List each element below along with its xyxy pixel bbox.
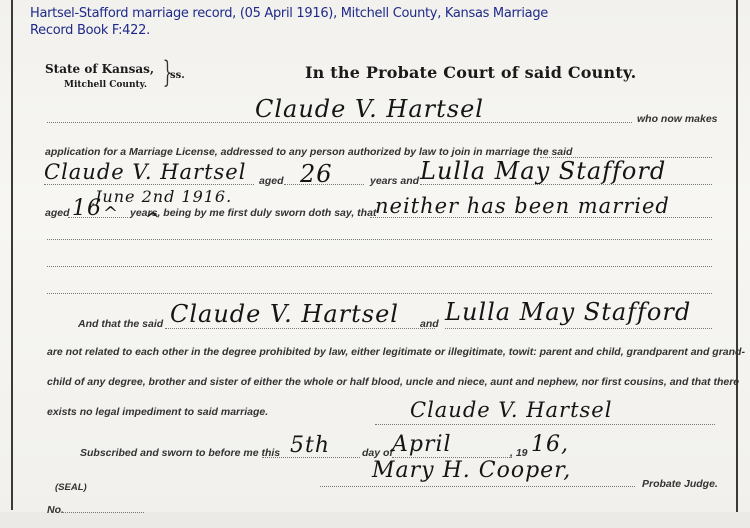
who-now-makes-label: who now makes	[637, 113, 718, 125]
number-line	[62, 512, 144, 513]
page-border-left	[11, 0, 13, 510]
day-line	[262, 457, 360, 458]
legal-text-line-2: child of any degree, brother and sister …	[47, 376, 739, 388]
caret-mark-1: ^	[103, 203, 119, 224]
groom-name-handwritten: Claude V. Hartsel	[44, 160, 246, 184]
caret-mark-2: ^	[145, 209, 161, 230]
seal-label: (SEAL)	[55, 482, 87, 493]
aged-label-2: aged	[45, 207, 70, 219]
signature-line	[375, 424, 715, 425]
applicant-name-handwritten: Claude V. Hartsel	[255, 95, 484, 123]
and-that-the-said-label: And that the said	[78, 318, 163, 330]
page-bottom-shade	[0, 512, 750, 528]
legal-text-line-3: exists no legal impediment to said marri…	[47, 406, 268, 418]
groom-name-handwritten-2: Claude V. Hartsel	[170, 300, 399, 328]
statement-line	[370, 217, 712, 218]
applicant-signature: Claude V. Hartsel	[410, 398, 612, 422]
and-label: and	[420, 318, 439, 330]
applicant-line	[47, 122, 632, 123]
page-border-right	[736, 0, 738, 522]
ss-label: ss.	[170, 70, 185, 81]
blank-line-1	[47, 239, 712, 240]
bride-name-line	[420, 184, 712, 185]
sworn-text: years, being by me first duly sworn doth…	[130, 207, 376, 219]
marriage-record-page: Hartsel-Stafford marriage record, (05 Ap…	[0, 0, 750, 528]
aged-label: aged	[259, 175, 284, 187]
bride-name-handwritten: Lulla May Stafford	[420, 157, 666, 185]
oath-month-handwritten: April	[392, 432, 452, 457]
blank-line-3	[47, 293, 712, 294]
oath-text: Subscribed and sworn to before me this	[80, 447, 280, 459]
legal-text-line-1: are not related to each other in the deg…	[47, 346, 745, 358]
oath-day-handwritten: 5th	[290, 433, 330, 458]
blank-line-2	[47, 266, 712, 267]
marital-statement-handwritten: neither has been married	[375, 194, 670, 218]
caption-line-2: Record Book F:422.	[30, 22, 630, 39]
years-and-label: years and	[370, 175, 419, 187]
groom-name-line	[44, 184, 254, 185]
judge-signature: Mary H. Cooper,	[372, 458, 571, 483]
state-label: State of Kansas,	[45, 62, 154, 76]
bride-age-line	[68, 217, 128, 218]
record-caption: Hartsel-Stafford marriage record, (05 Ap…	[30, 5, 630, 39]
county-label: Mitchell County.	[64, 80, 147, 90]
year-suffix-handwritten: 16,	[531, 432, 569, 457]
judge-signature-line	[320, 486, 635, 487]
probate-judge-label: Probate Judge.	[642, 478, 718, 490]
groom-name-line-2	[165, 328, 435, 329]
bride-name-handwritten-2: Lulla May Stafford	[445, 298, 691, 326]
bride-name-line-2	[445, 328, 712, 329]
caption-line-1: Hartsel-Stafford marriage record, (05 Ap…	[30, 5, 630, 22]
number-label: No.	[47, 504, 64, 516]
court-title: In the Probate Court of said County.	[305, 63, 636, 82]
groom-age-line	[284, 184, 364, 185]
